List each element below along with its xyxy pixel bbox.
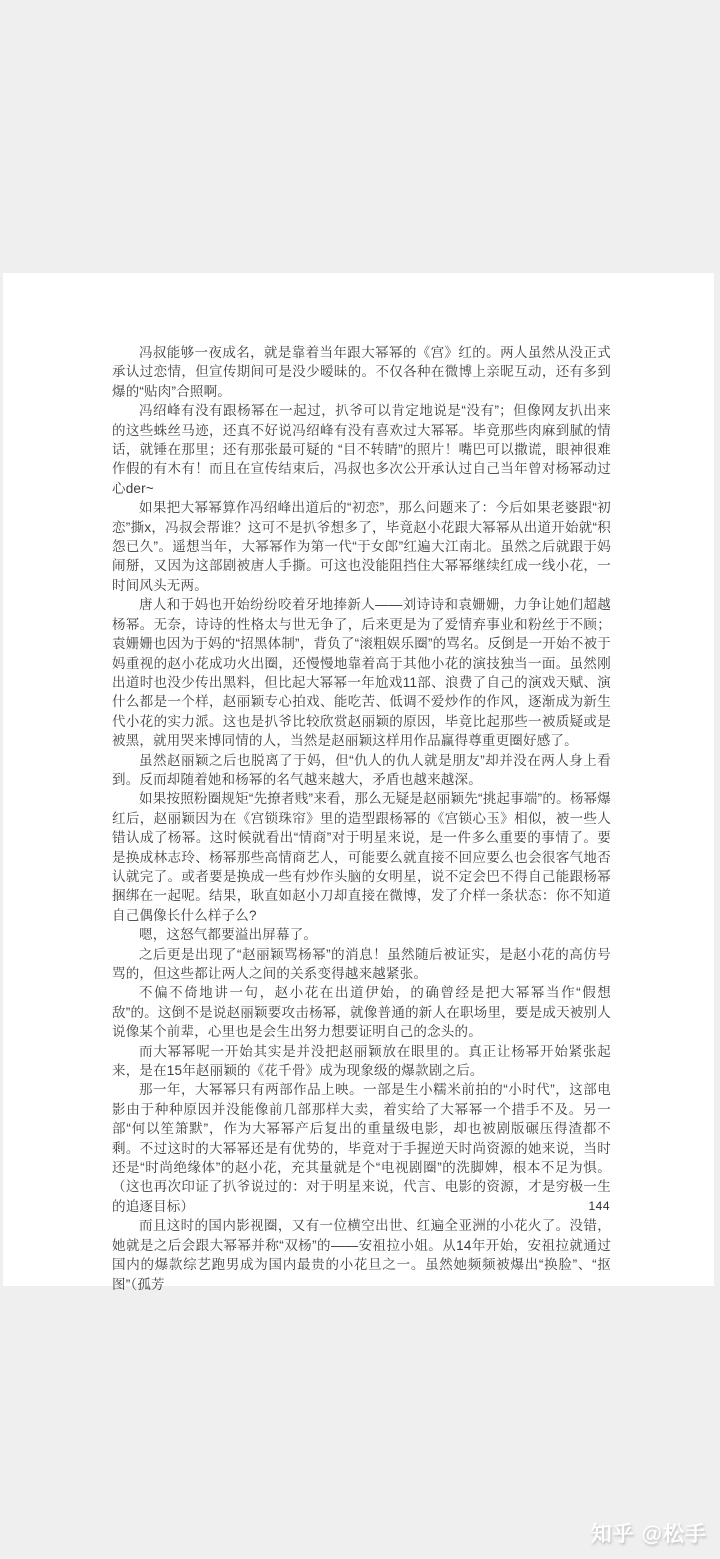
paragraph-4: 唐人和于妈也开始纷纷咬着牙地捧新人——刘诗诗和袁姗姗，力争让她们超越杨幂。无奈，… xyxy=(112,595,611,750)
paragraph-9: 不偏不倚地讲一句，赵小花在出道伊始，的确曾经是把大幂幂当作“假想敌”的。这倒不是… xyxy=(112,983,611,1041)
paragraph-3: 如果把大幂幂算作冯绍峰出道后的“初恋”，那么问题来了：今后如果老婆跟“初恋”撕x… xyxy=(112,498,611,595)
document-page: 冯叔能够一夜成名，就是靠着当年跟大幂幂的《宫》红的。两人虽然从没正式承认过恋情，… xyxy=(3,273,714,1286)
screenshot-canvas: 冯叔能够一夜成名，就是靠着当年跟大幂幂的《宫》红的。两人虽然从没正式承认过恋情，… xyxy=(0,0,720,1559)
paragraph-5: 虽然赵丽颖之后也脱离了于妈，但“仇人的仇人就是朋友”却并没在两人身上看到。反而却… xyxy=(112,751,611,790)
paragraph-12: 而且这时的国内影视圈，又有一位横空出世、红遍全亚洲的小花火了。没错，她就是之后会… xyxy=(112,1216,611,1294)
paragraph-11: 那一年，大幂幂只有两部作品上映。一部是生小糯米前拍的“小时代”，这部电影由于种种… xyxy=(112,1080,611,1216)
page-body-text: 冯叔能够一夜成名，就是靠着当年跟大幂幂的《宫》红的。两人虽然从没正式承认过恋情，… xyxy=(112,343,611,1294)
paragraph-7: 嗯，这怒气都要溢出屏幕了。 xyxy=(112,925,611,944)
paragraph-1: 冯叔能够一夜成名，就是靠着当年跟大幂幂的《宫》红的。两人虽然从没正式承认过恋情，… xyxy=(112,343,611,401)
paragraph-2: 冯绍峰有没有跟杨幂在一起过，扒爷可以肯定地说是“没有”；但像网友扒出来的这些蛛丝… xyxy=(112,401,611,498)
paragraph-8: 之后更是出现了“赵丽颖骂杨幂”的消息！虽然随后被证实，是赵小花的高仿号骂的，但这… xyxy=(112,945,611,984)
page-number: 144 xyxy=(588,1199,610,1213)
zhihu-watermark: 知乎 @松手 xyxy=(591,1518,707,1548)
paragraph-10: 而大幂幂呢一开始其实是并没把赵丽颖放在眼里的。真正让杨幂开始紧张起来，是在15年… xyxy=(112,1042,611,1081)
paragraph-6: 如果按照粉圈规矩“先撩者贱”来看，那么无疑是赵丽颖先“挑起事端”的。杨幂爆红后，… xyxy=(112,789,611,925)
